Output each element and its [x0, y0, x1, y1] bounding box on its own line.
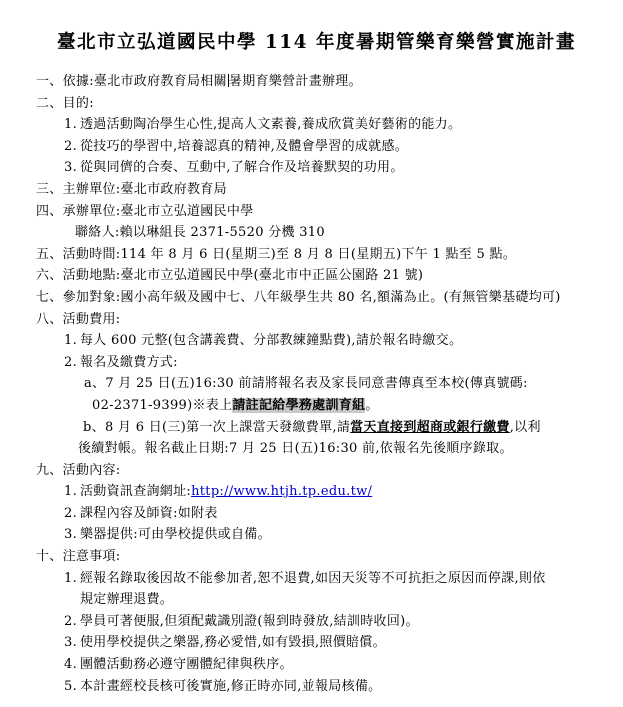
section-10-number: 十、 — [36, 549, 63, 564]
section-1-basis: 一、依據:臺北市政府教育局相關暑期育樂營計畫辦理。 — [36, 71, 597, 93]
notice-item-1-line-1: 1.經報名錄取後因故不能參加者,恕不退費,如因天災等不可抗拒之原因而停課,則依 — [36, 568, 597, 590]
section-8-number: 八、 — [36, 312, 63, 327]
section-2-title: 目的: — [63, 96, 94, 111]
payment-emphasis: 當天直接到超商或銀行繳費 — [350, 420, 510, 435]
purpose-item-1-text: 透過活動陶冶學生心性,提高人文素養,養成欣賞美好藝術的能力。 — [80, 117, 461, 132]
purpose-item-3: 3.從與同儕的合奏、互動中,了解合作及培養默契的功用。 — [36, 157, 597, 179]
highlighted-note: 請註記給學務處訓育組 — [232, 398, 365, 413]
item-marker: 2. — [64, 136, 80, 158]
section-9-heading: 九、活動內容: — [36, 460, 597, 482]
item-marker: 1. — [64, 114, 80, 136]
option-a-period: 。 — [365, 398, 378, 413]
section-7-participants: 七、參加對象:國小高年級及國中七、八年級學生共 80 名,額滿為止。(有無管樂基… — [36, 287, 597, 309]
registration-option-a-line-1: a、7 月 25 日(五)16:30 前請將報名表及家長同意書傳真至本校(傳真號… — [36, 373, 597, 395]
website-link[interactable]: http://www.htjh.tp.edu.tw/ — [191, 484, 372, 499]
time-text: 活動時間:114 年 8 月 6 日(星期三)至 8 月 8 日(星期五)下午 … — [63, 247, 517, 262]
registration-option-b-line-2: 後續對帳。報名截止日期:7 月 25 日(五)16:30 前,依報名先後順序錄取… — [36, 438, 597, 460]
notice-item-1-text-a: 經報名錄取後因故不能參加者,恕不退費,如因天災等不可抗拒之原因而停課,則依 — [80, 571, 546, 586]
notice-item-4: 4.團體活動務必遵守團體紀律與秩序。 — [36, 654, 597, 676]
section-5-number: 五、 — [36, 247, 63, 262]
content-item-1: 1.活動資訊查詢網址:http://www.htjh.tp.edu.tw/ — [36, 481, 597, 503]
section-7-number: 七、 — [36, 290, 63, 305]
purpose-item-1: 1.透過活動陶冶學生心性,提高人文素養,養成欣賞美好藝術的能力。 — [36, 114, 597, 136]
registration-option-b-line-1: b、8 月 6 日(三)第一次上課當天發繳費單,請當天直接到超商或銀行繳費,以利 — [36, 417, 597, 439]
item-marker: 2. — [64, 611, 80, 633]
item-marker: 3. — [64, 632, 80, 654]
fee-item-2-text: 報名及繳費方式: — [80, 355, 178, 370]
section-9-title: 活動內容: — [63, 463, 121, 478]
section-10-title: 注意事項: — [63, 549, 121, 564]
notice-item-2-text: 學員可著便服,但須配戴識別證(報到時發放,結訓時收回)。 — [80, 614, 419, 629]
option-b-text-before: 8 月 6 日(三)第一次上課當天發繳費單,請 — [105, 420, 350, 435]
item-marker: 5. — [64, 676, 80, 698]
section-2-number: 二、 — [36, 96, 63, 111]
basis-text-after-cursor: 暑期育樂營計畫辦理。 — [229, 74, 362, 89]
website-label: 活動資訊查詢網址: — [80, 484, 191, 499]
section-1-number: 一、 — [36, 74, 63, 89]
section-6-location: 六、活動地點:臺北市立弘道國民中學(臺北市中正區公園路 21 號) — [36, 265, 597, 287]
section-3-number: 三、 — [36, 182, 63, 197]
fee-item-1-text: 每人 600 元整(包含講義費、分部教練鐘點費),請於報名時繳交。 — [80, 333, 462, 348]
section-2-heading: 二、目的: — [36, 93, 597, 115]
notice-item-4-text: 團體活動務必遵守團體紀律與秩序。 — [80, 657, 293, 672]
section-10-heading: 十、注意事項: — [36, 546, 597, 568]
section-5-time: 五、活動時間:114 年 8 月 6 日(星期三)至 8 月 8 日(星期五)下… — [36, 244, 597, 266]
section-4-host: 四、承辦單位:臺北市立弘道國民中學 — [36, 201, 597, 223]
notice-item-5: 5.本計畫經校長核可後實施,修正時亦同,並報局核備。 — [36, 676, 597, 698]
section-4-number: 四、 — [36, 204, 63, 219]
document-page: 臺北市立弘道國民中學 114 年度暑期管樂育樂營實施計畫 一、依據:臺北市政府教… — [0, 0, 623, 697]
content-item-3-text: 樂器提供:可由學校提供或自備。 — [80, 527, 271, 542]
purpose-item-3-text: 從與同儕的合奏、互動中,了解合作及培養默契的功用。 — [80, 160, 404, 175]
item-marker: 1. — [64, 568, 80, 590]
item-marker: 1. — [64, 481, 80, 503]
section-8-heading: 八、活動費用: — [36, 309, 597, 331]
section-8-title: 活動費用: — [63, 312, 121, 327]
location-text: 活動地點:臺北市立弘道國民中學(臺北市中正區公園路 21 號) — [63, 268, 424, 283]
option-b-text-after: ,以利 — [510, 420, 541, 435]
item-marker-b: b、 — [83, 417, 105, 439]
basis-text-before-cursor: 依據:臺北市政府教育局相關 — [63, 74, 227, 89]
contact-line: 聯絡人:賴以琳組長 2371-5520 分機 310 — [36, 222, 597, 244]
section-6-number: 六、 — [36, 268, 63, 283]
section-3-organizer: 三、主辦單位:臺北市政府教育局 — [36, 179, 597, 201]
item-marker: 2. — [64, 503, 80, 525]
item-marker: 3. — [64, 157, 80, 179]
notice-item-3-text: 使用學校提供之樂器,務必愛惜,如有毀損,照價賠償。 — [80, 635, 386, 650]
notice-item-5-text: 本計畫經校長核可後實施,修正時亦同,並報局核備。 — [80, 679, 381, 694]
content-item-3: 3.樂器提供:可由學校提供或自備。 — [36, 524, 597, 546]
purpose-item-2-text: 從技巧的學習中,培養認真的精神,及體會學習的成就感。 — [80, 139, 408, 154]
notice-item-1-line-2: 規定辦理退費。 — [36, 589, 597, 611]
page-title: 臺北市立弘道國民中學 114 年度暑期管樂育樂營實施計畫 — [36, 28, 597, 54]
host-text: 承辦單位:臺北市立弘道國民中學 — [63, 204, 254, 219]
fee-item-1: 1.每人 600 元整(包含講義費、分部教練鐘點費),請於報名時繳交。 — [36, 330, 597, 352]
purpose-item-2: 2.從技巧的學習中,培養認真的精神,及體會學習的成就感。 — [36, 136, 597, 158]
notice-item-3: 3.使用學校提供之樂器,務必愛惜,如有毀損,照價賠償。 — [36, 632, 597, 654]
contact-text: 聯絡人:賴以琳組長 2371-5520 分機 310 — [75, 225, 325, 240]
content-item-2: 2.課程內容及師資:如附表 — [36, 503, 597, 525]
registration-option-a-line-2: 02-2371-9399)※表上請註記給學務處訓育組。 — [36, 395, 597, 417]
section-9-number: 九、 — [36, 463, 63, 478]
option-a-text: 7 月 25 日(五)16:30 前請將報名表及家長同意書傳真至本校(傳真號碼: — [105, 376, 527, 391]
fax-number-text: 02-2371-9399)※表上 — [92, 398, 232, 413]
item-marker: 4. — [64, 654, 80, 676]
participants-text: 參加對象:國小高年級及國中七、八年級學生共 80 名,額滿為止。(有無管樂基礎均… — [63, 290, 561, 305]
fee-item-2: 2.報名及繳費方式: — [36, 352, 597, 374]
item-marker: 2. — [64, 352, 80, 374]
item-marker: 3. — [64, 524, 80, 546]
item-marker: 1. — [64, 330, 80, 352]
organizer-text: 主辦單位:臺北市政府教育局 — [63, 182, 227, 197]
notice-item-1-text-b: 規定辦理退費。 — [80, 592, 173, 607]
item-marker-a: a、 — [84, 373, 105, 395]
content-item-2-text: 課程內容及師資:如附表 — [80, 506, 218, 521]
notice-item-2: 2.學員可著便服,但須配戴識別證(報到時發放,結訓時收回)。 — [36, 611, 597, 633]
deadline-text: 後續對帳。報名截止日期:7 月 25 日(五)16:30 前,依報名先後順序錄取… — [78, 441, 513, 456]
